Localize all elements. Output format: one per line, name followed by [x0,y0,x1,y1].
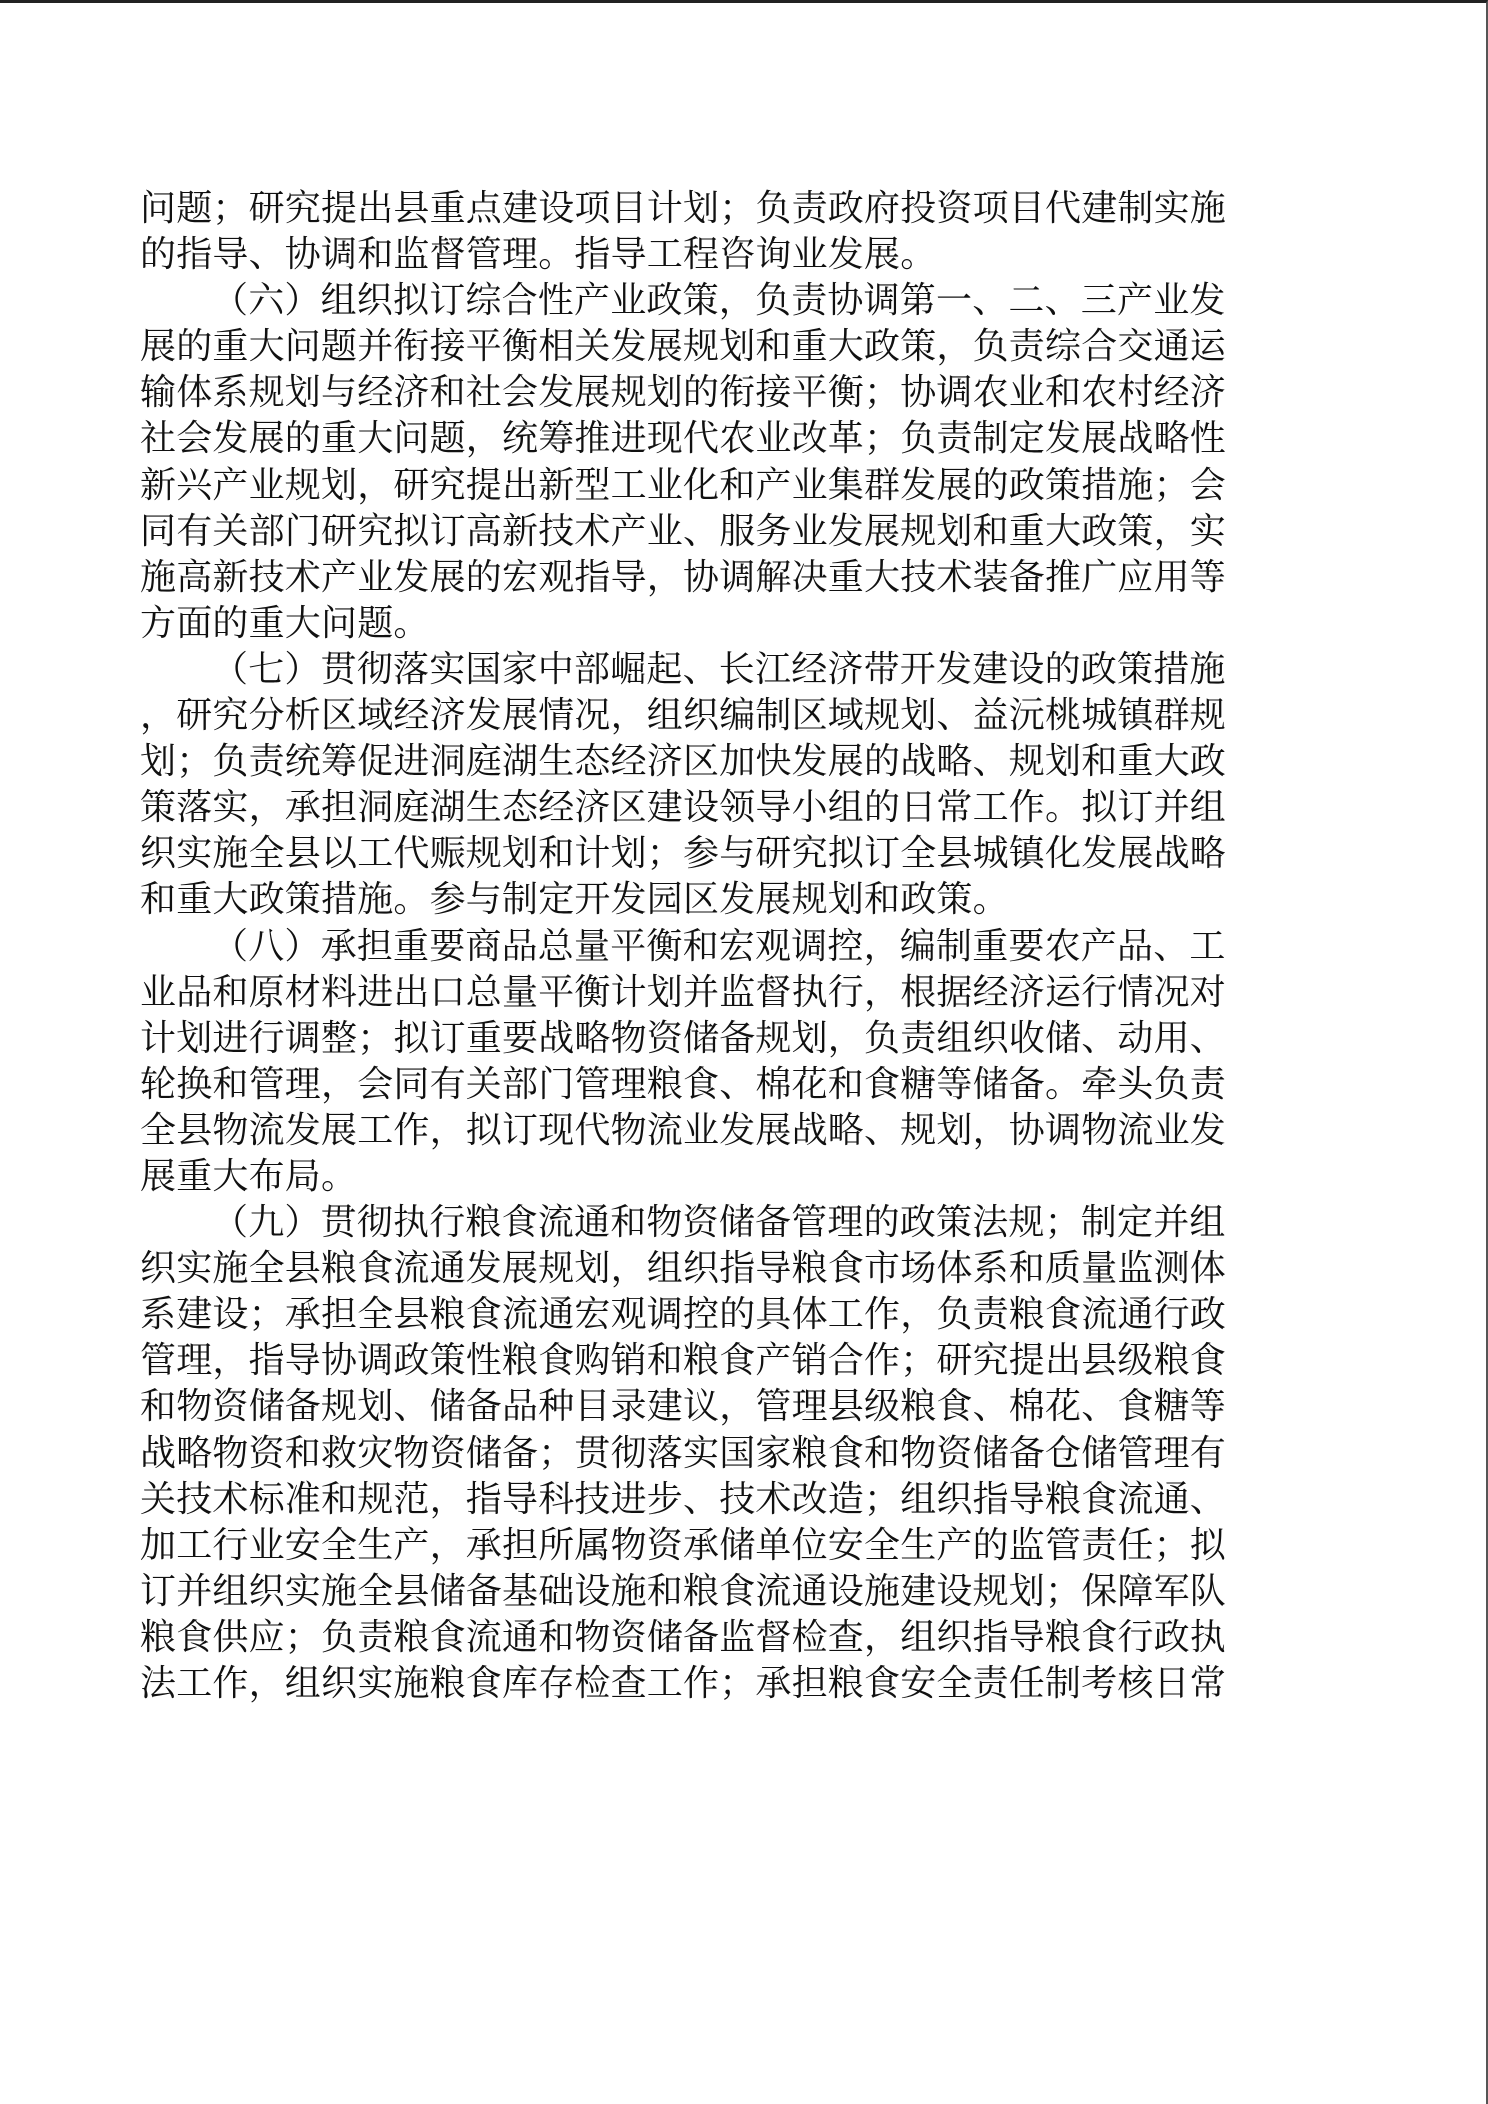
text-line: 法工作，组织实施粮食库存检查工作；承担粮食安全责任制考核日常 [140,1661,1340,1707]
text-line: 管理，指导协调政策性粮食购销和粮食产销合作；研究提出县级粮食 [140,1338,1340,1384]
text-line: 计划进行调整；拟订重要战略物资储备规划，负责组织收储、动用、 [140,1016,1340,1062]
text-line: 问题；研究提出县重点建设项目计划；负责政府投资项目代建制实施 [140,186,1340,232]
paragraph-item-8: （八）承担重要商品总量平衡和宏观调控，编制重要农产品、工 业品和原材料进出口总量… [140,924,1340,1201]
paragraph-item-9: （九）贯彻执行粮食流通和物资储备管理的政策法规；制定并组 织实施全县粮食流通发展… [140,1200,1340,1707]
text-line-first: （七）贯彻落实国家中部崛起、长江经济带开发建设的政策措施 [140,647,1340,693]
paragraph-continued: 问题；研究提出县重点建设项目计划；负责政府投资项目代建制实施 的指导、协调和监督… [140,186,1340,278]
text-line-first: （九）贯彻执行粮食流通和物资储备管理的政策法规；制定并组 [140,1200,1340,1246]
text-line: 订并组织实施全县储备基础设施和粮食流通设施建设规划；保障军队 [140,1569,1340,1615]
text-line: 输体系规划与经济和社会发展规划的衔接平衡；协调农业和农村经济 [140,370,1340,416]
text-line: 战略物资和救灾物资储备；贯彻落实国家粮食和物资储备仓储管理有 [140,1431,1340,1477]
text-line: 织实施全县以工代赈规划和计划；参与研究拟订全县城镇化发展战略 [140,831,1340,877]
text-line: 业品和原材料进出口总量平衡计划并监督执行，根据经济运行情况对 [140,970,1340,1016]
text-line: 关技术标准和规范，指导科技进步、技术改造；组织指导粮食流通、 [140,1477,1340,1523]
text-line: 加工行业安全生产，承担所属物资承储单位安全生产的监管责任；拟 [140,1523,1340,1569]
text-line: 和物资储备规划、储备品种目录建议，管理县级粮食、棉花、食糖等 [140,1384,1340,1430]
text-line-first: （六）组织拟订综合性产业政策，负责协调第一、二、三产业发 [140,278,1340,324]
text-line: 轮换和管理，会同有关部门管理粮食、棉花和食糖等储备。牵头负责 [140,1062,1340,1108]
paragraph-item-6: （六）组织拟订综合性产业政策，负责协调第一、二、三产业发 展的重大问题并衔接平衡… [140,278,1340,647]
text-line: 的指导、协调和监督管理。指导工程咨询业发展。 [140,232,1340,278]
document-body: 问题；研究提出县重点建设项目计划；负责政府投资项目代建制实施 的指导、协调和监督… [140,186,1340,1707]
document-page: 问题；研究提出县重点建设项目计划；负责政府投资项目代建制实施 的指导、协调和监督… [0,0,1488,2104]
text-line: 施高新技术产业发展的宏观指导，协调解决重大技术装备推广应用等 [140,555,1340,601]
text-line: 策落实，承担洞庭湖生态经济区建设领导小组的日常工作。拟订并组 [140,785,1340,831]
text-line: ，研究分析区域经济发展情况，组织编制区域规划、益沅桃城镇群规 [140,693,1340,739]
text-line: 和重大政策措施。参与制定开发园区发展规划和政策。 [140,877,1340,923]
text-line: 社会发展的重大问题，统筹推进现代农业改革；负责制定发展战略性 [140,416,1340,462]
text-line: 新兴产业规划，研究提出新型工业化和产业集群发展的政策措施；会 [140,463,1340,509]
text-line: 粮食供应；负责粮食流通和物资储备监督检查，组织指导粮食行政执 [140,1615,1340,1661]
text-line: 划；负责统筹促进洞庭湖生态经济区加快发展的战略、规划和重大政 [140,739,1340,785]
text-line: 系建设；承担全县粮食流通宏观调控的具体工作，负责粮食流通行政 [140,1292,1340,1338]
text-line: 同有关部门研究拟订高新技术产业、服务业发展规划和重大政策，实 [140,509,1340,555]
text-line: 展重大布局。 [140,1154,1340,1200]
text-line: 织实施全县粮食流通发展规划，组织指导粮食市场体系和质量监测体 [140,1246,1340,1292]
text-line-first: （八）承担重要商品总量平衡和宏观调控，编制重要农产品、工 [140,924,1340,970]
text-line: 全县物流发展工作，拟订现代物流业发展战略、规划，协调物流业发 [140,1108,1340,1154]
text-line: 方面的重大问题。 [140,601,1340,647]
paragraph-item-7: （七）贯彻落实国家中部崛起、长江经济带开发建设的政策措施 ，研究分析区域经济发展… [140,647,1340,924]
text-line: 展的重大问题并衔接平衡相关发展规划和重大政策，负责综合交通运 [140,324,1340,370]
